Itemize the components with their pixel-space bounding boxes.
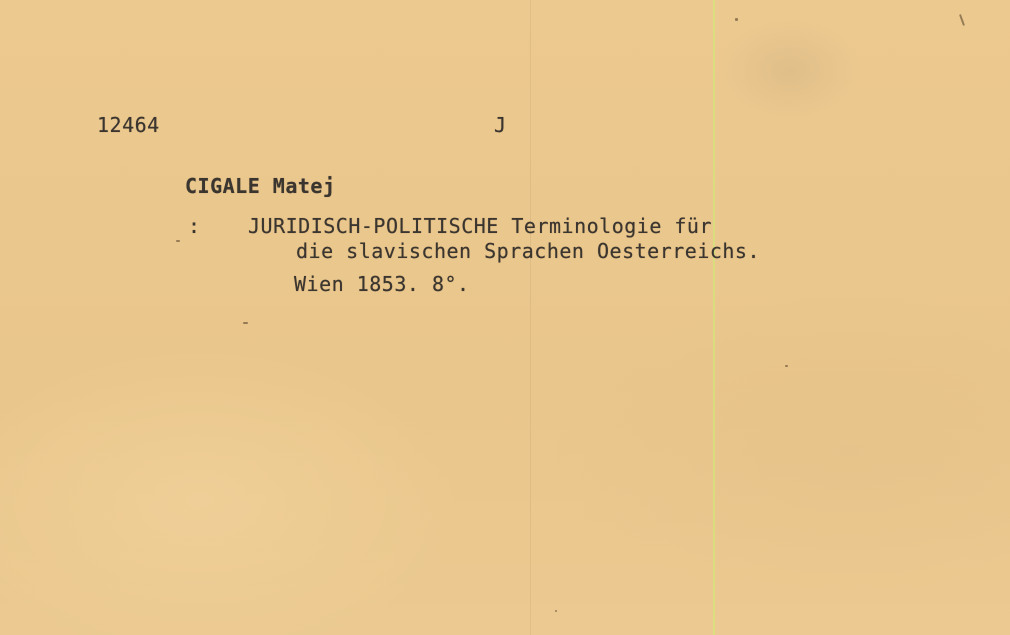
paper-speck [959,14,965,26]
title-line-1: JURIDISCH-POLITISCHE Terminologie für [248,215,712,237]
call-number: 12464 [97,114,160,136]
paper-speck [555,610,557,612]
paper-speck [735,18,738,21]
guide-line [713,0,715,635]
imprint: Wien 1853. 8°. [294,273,470,295]
catalog-card: 12464 J CIGALE Matej : JURIDISCH-POLITIS… [0,0,1010,635]
author-name: CIGALE Matej [185,175,336,197]
shelf-letter: J [494,114,507,136]
paper-speck [176,240,180,242]
faint-crease [530,0,531,635]
paper-speck [243,322,248,324]
title-line-2: die slavischen Sprachen Oesterreichs. [296,240,760,262]
paper-speck [785,365,788,367]
title-prefix: : [188,215,201,237]
